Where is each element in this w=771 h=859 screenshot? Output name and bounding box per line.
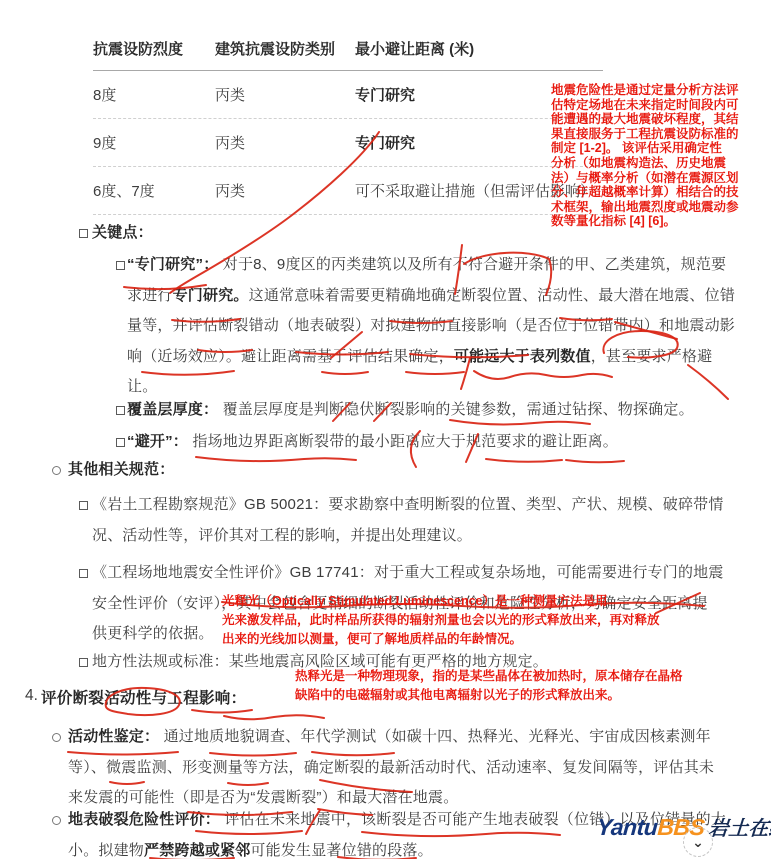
cell-intensity: 6度、7度 bbox=[93, 180, 215, 201]
square-bullet-icon bbox=[79, 569, 88, 578]
square-bullet-icon bbox=[116, 261, 125, 270]
logo-chinese-text: 岩土在线 bbox=[708, 818, 771, 840]
square-bullet-icon bbox=[116, 406, 125, 415]
cell-category: 丙类 bbox=[215, 132, 355, 153]
section4-title: 评价断裂活动性与工程影响： bbox=[41, 686, 246, 708]
cell-category: 丙类 bbox=[215, 84, 355, 105]
table-row: 9度 丙类 专门研究 bbox=[93, 119, 603, 167]
red-note-seismic-hazard: 地震危险性是通过定量分析方法评 估特定场地在未来指定时间段内可 能遭遇的最大地震… bbox=[551, 83, 766, 229]
circle-bullet-icon bbox=[52, 816, 61, 825]
gb50021-paragraph: 《岩土工程勘察规范》GB 50021：要求勘察中查明断裂的位置、类型、产状、规模… bbox=[92, 490, 754, 551]
logo-yantu-text: Yantu bbox=[596, 814, 658, 840]
scroll-down-chevron-icon[interactable]: ⌄ bbox=[683, 827, 713, 857]
circle-bullet-icon bbox=[52, 466, 61, 475]
table-header-intensity: 抗震设防烈度 bbox=[93, 38, 215, 59]
table-header-row: 抗震设防烈度 建筑抗震设防类别 最小避让距离 (米) bbox=[93, 26, 603, 71]
circle-bullet-icon bbox=[52, 733, 61, 742]
avoid-paragraph: “避开”： 指场地边界距离断裂带的最小距离应大于规范要求的避让距离。 bbox=[127, 427, 759, 458]
table-header-distance: 最小避让距离 (米) bbox=[355, 38, 603, 59]
section4-number: 4. bbox=[25, 687, 38, 705]
red-note-thermoluminescence: 热释光是一种物理现象，指的是某些晶体在被加热时，原本储存在晶格 缺陷中的电磁辐射… bbox=[295, 667, 740, 704]
seismic-setback-table: 抗震设防烈度 建筑抗震设防类别 最小避让距离 (米) 8度 丙类 专门研究 9度… bbox=[93, 26, 603, 215]
red-note-osl-dating: 光释光（Optically Stimulated Luminescence）是一… bbox=[222, 592, 747, 649]
square-bullet-icon bbox=[79, 229, 88, 238]
table-header-category: 建筑抗震设防类别 bbox=[215, 38, 355, 59]
cover-layer-paragraph: 覆盖层厚度： 覆盖层厚度是判断隐伏断裂影响的关键参数，需通过钻探、物探确定。 bbox=[127, 395, 759, 426]
square-bullet-icon bbox=[116, 438, 125, 447]
other-codes-heading: 其他相关规范： bbox=[68, 455, 368, 486]
square-bullet-icon bbox=[79, 501, 88, 510]
keypoints-heading: 关键点： bbox=[92, 218, 292, 249]
cell-category: 丙类 bbox=[215, 180, 355, 201]
table-row: 8度 丙类 专门研究 bbox=[93, 71, 603, 119]
cell-intensity: 8度 bbox=[93, 84, 215, 105]
square-bullet-icon bbox=[79, 658, 88, 667]
table-row: 6度、7度 丙类 可不采取避让措施（但需评估影响） bbox=[93, 167, 603, 215]
special-study-paragraph: “专门研究”： 对于8、9度区的丙类建筑以及所有不符合避开条件的甲、乙类建筑，规… bbox=[127, 250, 759, 403]
activity-identification-paragraph: 活动性鉴定： 通过地质地貌调查、年代学测试（如碳十四、热释光、光释光、宇宙成因核… bbox=[68, 722, 760, 814]
cell-intensity: 9度 bbox=[93, 132, 215, 153]
